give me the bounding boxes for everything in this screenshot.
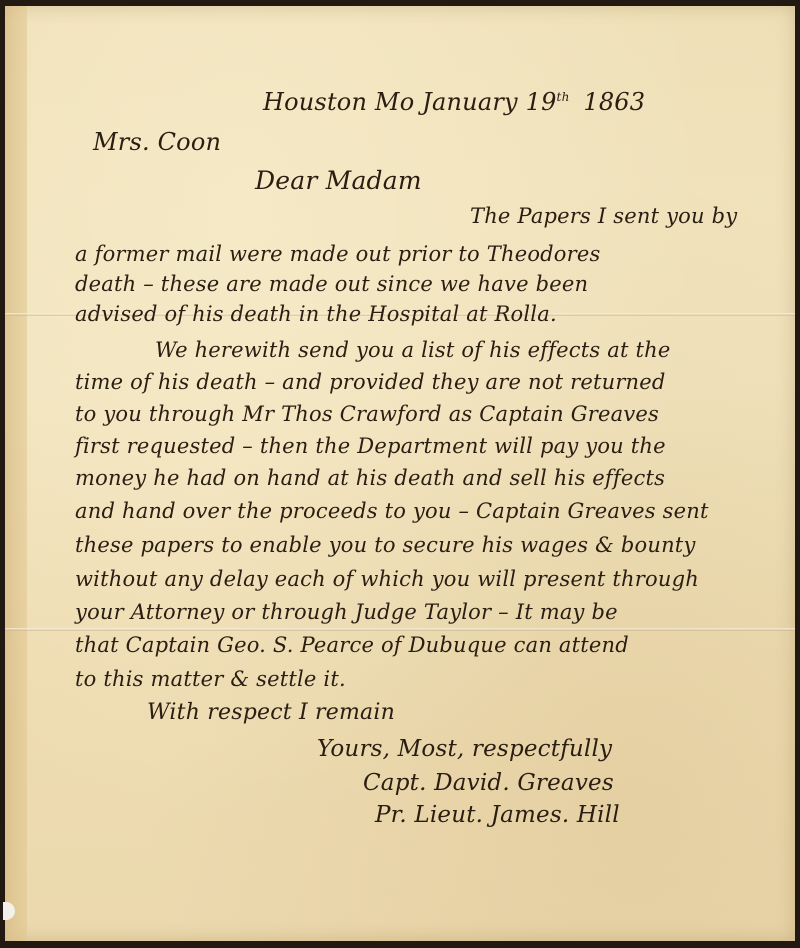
body-line: these papers to enable you to secure his… [75,533,696,557]
place-date: Houston Mo January 19 [263,88,557,116]
body-line: death – these are made out since we have… [75,272,588,296]
body-line: We herewith send you a list of his effec… [155,338,670,362]
body-line: advised of his death in the Hospital at … [75,302,557,326]
body-line: The Papers I sent you by [470,204,737,228]
closing: With respect I remain [147,700,395,725]
body-line: your Attorney or through Judge Taylor – … [75,600,618,624]
valediction: Yours, Most, respectfully [317,736,612,762]
recipient: Mrs. Coon [93,128,221,156]
paper-edge-strip [5,6,27,941]
body-line: money he had on hand at his death and se… [75,466,665,490]
signed-per: Pr. Lieut. James. Hill [375,802,620,828]
year: 1863 [583,88,645,116]
date-suffix: th [557,90,570,104]
letter-page: Houston Mo January 19th 1863 Mrs. Coon D… [5,6,795,941]
body-line: time of his death – and provided they ar… [75,370,666,394]
body-line: that Captain Geo. S. Pearce of Dubuque c… [75,633,629,657]
body-line: without any delay each of which you will… [75,567,699,591]
body-line: a former mail were made out prior to The… [75,242,601,266]
signatory-name: Capt. David. Greaves [363,770,614,796]
body-line: first requested – then the Department wi… [75,434,666,458]
body-line: to you through Mr Thos Crawford as Capta… [75,402,659,426]
fold-line [5,628,795,631]
body-line: to this matter & settle it. [75,667,346,691]
body-line: and hand over the proceeds to you – Capt… [75,499,709,523]
letter-heading: Houston Mo January 19th 1863 [263,88,645,116]
salutation: Dear Madam [255,166,422,195]
